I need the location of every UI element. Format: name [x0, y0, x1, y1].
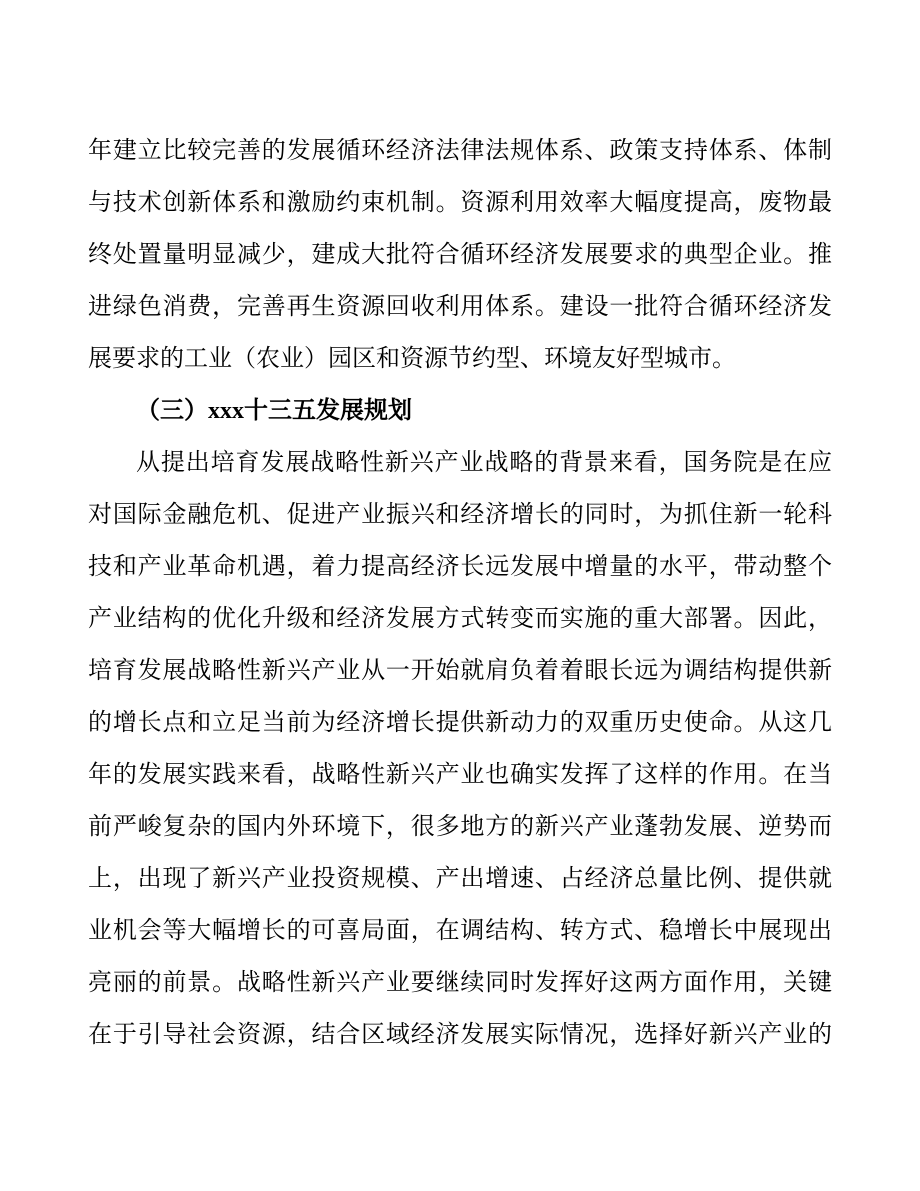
paragraph-line: 产业结构的优化升级和经济发展方式转变而实施的重大部署。因此，: [88, 593, 832, 645]
paragraph-line: 培育发展战略性新兴产业从一开始就肩负着着眼长远为调结构提供新: [88, 645, 832, 697]
paragraph-line: 在于引导社会资源，结合区域经济发展实际情况，选择好新兴产业的: [88, 1009, 832, 1061]
paragraph-line: 技和产业革命机遇，着力提高经济长远发展中增量的水平，带动整个: [88, 541, 832, 593]
paragraph-line: 展要求的工业（农业）园区和资源节约型、环境友好型城市。: [88, 333, 832, 385]
paragraph-line: 年建立比较完善的发展循环经济法律法规体系、政策支持体系、体制: [88, 125, 832, 177]
paragraph-line: 对国际金融危机、促进产业振兴和经济增长的同时，为抓住新一轮科: [88, 489, 832, 541]
paragraph-line: 终处置量明显减少，建成大批符合循环经济发展要求的典型企业。推: [88, 229, 832, 281]
document-page: 年建立比较完善的发展循环经济法律法规体系、政策支持体系、体制 与技术创新体系和激…: [0, 0, 920, 1191]
paragraph-line: 与技术创新体系和激励约束机制。资源利用效率大幅度提高，废物最: [88, 177, 832, 229]
paragraph-line: 从提出培育发展战略性新兴产业战略的背景来看，国务院是在应: [88, 437, 832, 489]
paragraph-line: 进绿色消费，完善再生资源回收利用体系。建设一批符合循环经济发: [88, 281, 832, 333]
paragraph-line: 前严峻复杂的国内外环境下，很多地方的新兴产业蓬勃发展、逆势而: [88, 801, 832, 853]
paragraph-line: 上，出现了新兴产业投资规模、产出增速、占经济总量比例、提供就: [88, 853, 832, 905]
paragraph-line: 亮丽的前景。战略性新兴产业要继续同时发挥好这两方面作用，关键: [88, 957, 832, 1009]
section-heading: （三）xxx十三五发展规划: [88, 385, 832, 437]
paragraph-line: 业机会等大幅增长的可喜局面，在调结构、转方式、稳增长中展现出: [88, 905, 832, 957]
text-block: 年建立比较完善的发展循环经济法律法规体系、政策支持体系、体制 与技术创新体系和激…: [88, 125, 832, 1061]
paragraph-line: 年的发展实践来看，战略性新兴产业也确实发挥了这样的作用。在当: [88, 749, 832, 801]
paragraph-line: 的增长点和立足当前为经济增长提供新动力的双重历史使命。从这几: [88, 697, 832, 749]
